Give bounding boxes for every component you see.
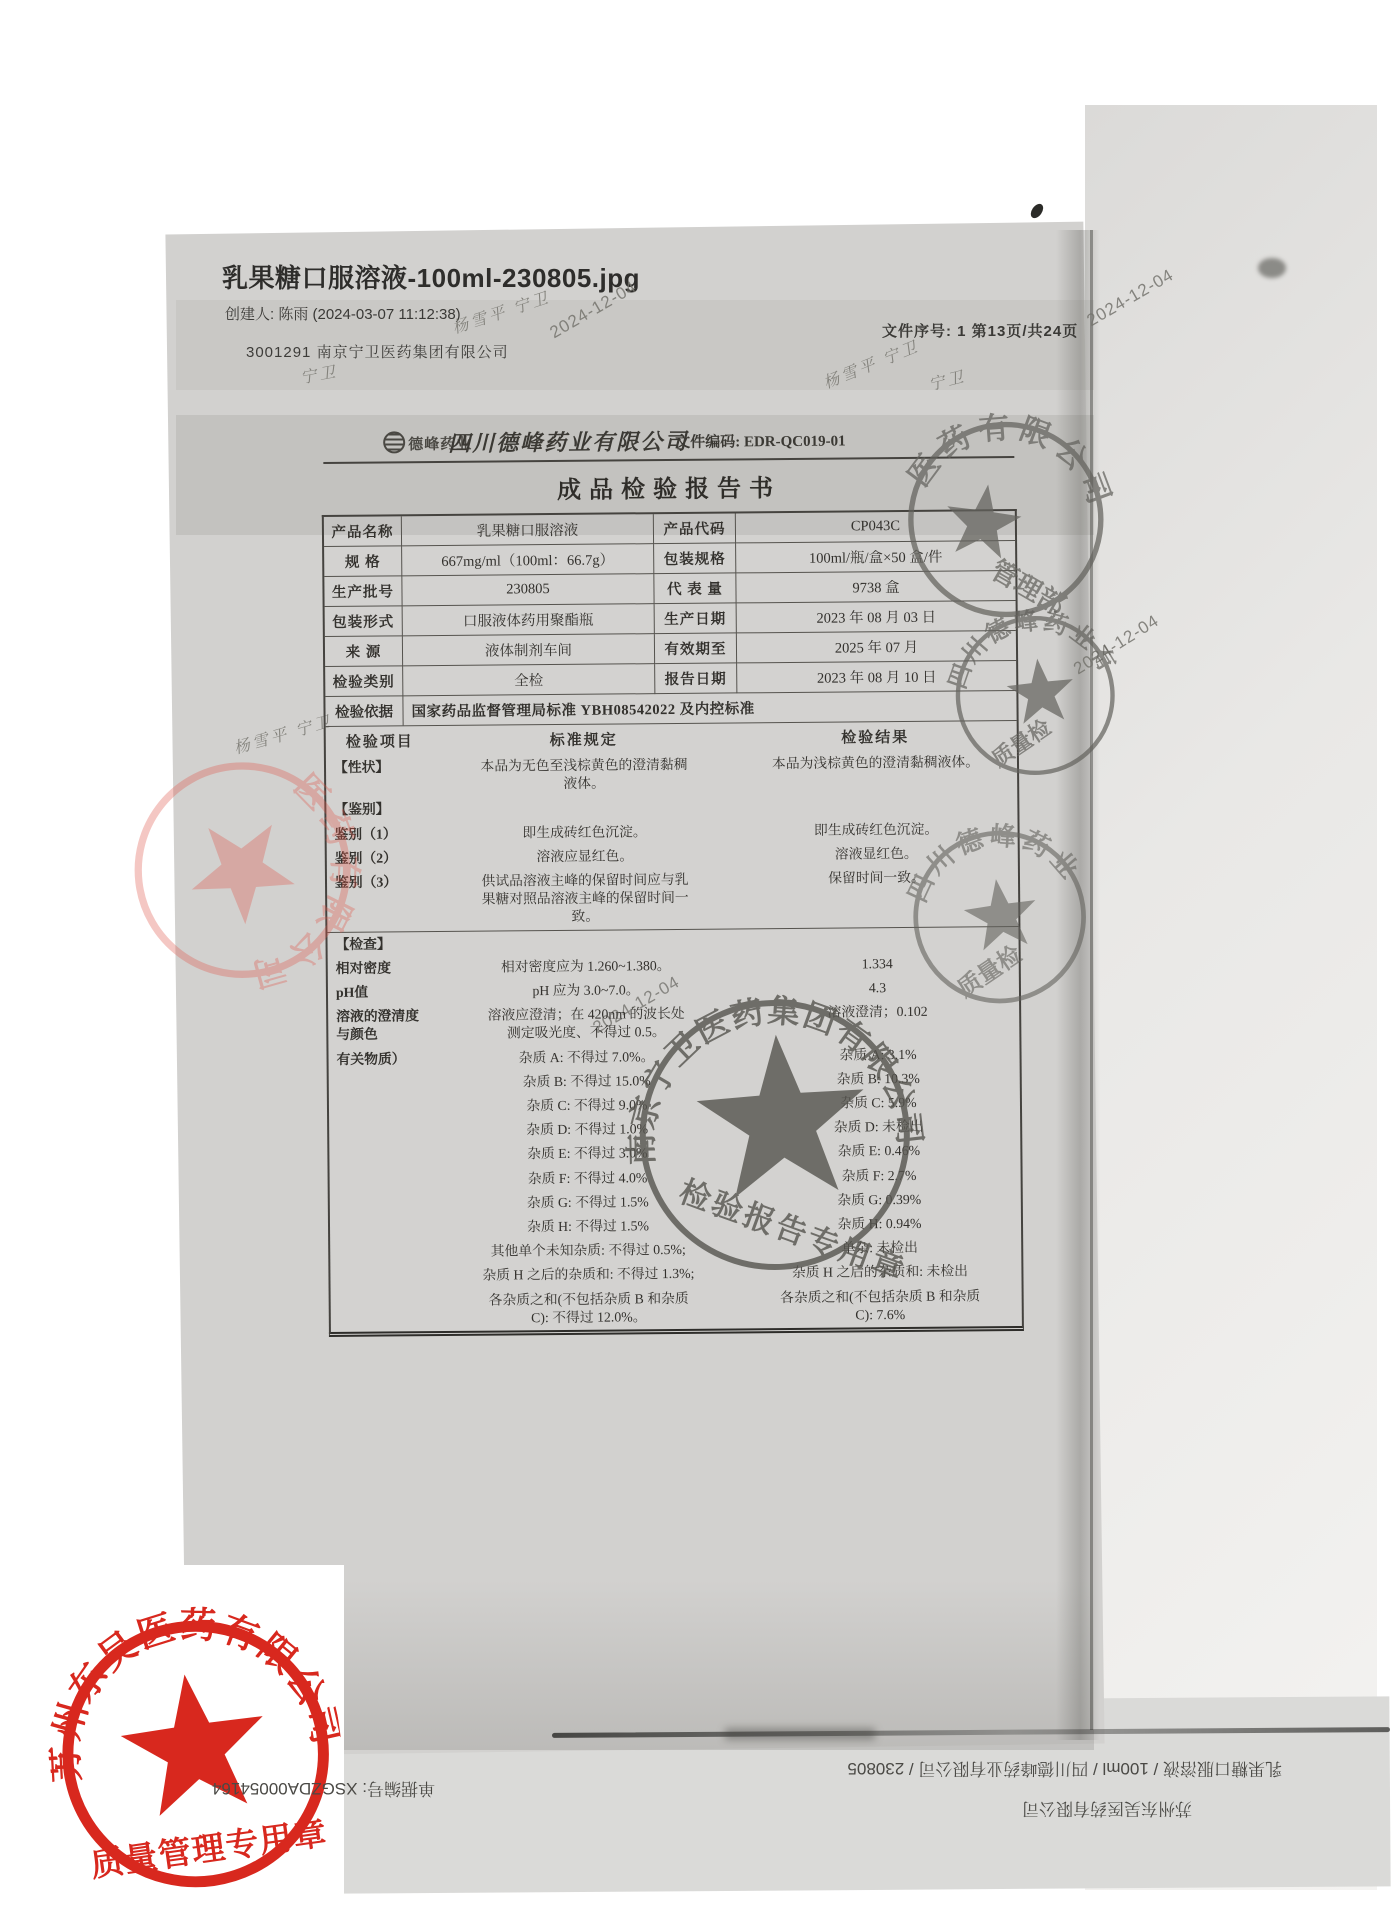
col-standard: 标准规定 (434, 727, 734, 751)
report-row: 各杂质之和(不包括杂质 B 和杂质 C): 不得过 12.0%。各杂质之和(不包… (331, 1284, 1022, 1332)
standard-cell: 杂质 D: 不得过 1.0% (437, 1117, 737, 1144)
info-label: 包装形式 (325, 606, 403, 637)
item-cell: 溶液的澄清度 与颜色 (328, 1004, 436, 1047)
result-cell: 即生成砖红色沉淀。 (734, 817, 1017, 844)
result-cell: 4.3 (736, 975, 1019, 1002)
report-table: 产品名称乳果糖口服溶液产品代码CP043C规 格667mg/ml（100ml：6… (322, 509, 1024, 1337)
standard-cell: 杂质 F: 不得过 4.0% (438, 1165, 738, 1192)
standard-cell: pH 应为 3.0~7.0。 (436, 977, 736, 1004)
result-cell: 杂质 E: 0.46% (737, 1138, 1020, 1165)
info-value: 口服液体药用聚酯瓶 (403, 604, 655, 636)
result-cell: 各杂质之和(不包括杂质 B 和杂质 C): 7.6% (739, 1284, 1022, 1329)
basis-value: 国家药品监督管理局标准 YBH08542022 及内控标准 (403, 691, 1016, 725)
item-cell (330, 1168, 438, 1193)
col-result: 检验结果 (734, 725, 1017, 748)
bottom-rotated-product-line: 乳果糖口服溶液 / 100ml / 四川德峰药业有限公司 / 230805 (592, 1758, 1282, 1783)
logo-icon (383, 431, 405, 453)
standard-cell (435, 929, 735, 956)
result-cell (735, 927, 1018, 954)
paper-fold-line (1090, 230, 1093, 1730)
item-cell: 鉴别（1） (326, 822, 434, 847)
info-label: 生产批号 (324, 576, 402, 607)
info-label: 规 格 (324, 546, 402, 577)
info-label: 生产日期 (655, 603, 737, 634)
standard-cell: 杂质 G: 不得过 1.5% (438, 1189, 738, 1216)
info-label: 报告日期 (655, 663, 737, 694)
standard-cell: 相对密度应为 1.260~1.380。 (436, 953, 736, 980)
company-name: 四川德峰药业有限公司 (448, 425, 688, 458)
info-value: 9738 盒 (736, 571, 1015, 603)
info-value: 2023 年 08 月 10 日 (737, 661, 1016, 693)
item-cell (330, 1240, 438, 1265)
inspection-report: 德峰药业 四川德峰药业有限公司 文件编码: EDR-QC019-01 成品检验报… (321, 422, 1024, 1337)
standard-cell: 各杂质之和(不包括杂质 B 和杂质 C): 不得过 12.0%。 (439, 1286, 739, 1331)
item-cell: 【性状】 (326, 755, 434, 798)
file-title: 乳果糖口服溶液-100ml-230805.jpg (222, 258, 640, 295)
item-cell (329, 1095, 437, 1120)
report-title: 成品检验报告书 (321, 466, 1016, 507)
item-cell: 【检查】 (327, 932, 435, 957)
result-cell: 杂质 G: 0.39% (738, 1187, 1021, 1214)
info-label: 包装规格 (654, 543, 736, 574)
scan-smudge (725, 1728, 875, 1740)
result-cell: 杂质 H: 0.94% (738, 1211, 1021, 1238)
standard-cell: 本品为无色至浅棕黄色的澄清黏稠 液体。 (434, 752, 734, 797)
item-cell (331, 1289, 439, 1332)
info-value: 2025 年 07 月 (737, 631, 1016, 663)
item-cell (330, 1216, 438, 1241)
info-value: 液体制剂车间 (403, 634, 655, 666)
info-label: 代 表 量 (654, 573, 736, 604)
standard-cell: 杂质 B: 不得过 15.0% (437, 1068, 737, 1095)
bottom-rotated-docno-line: 单据编号: XSGZDA00054164 (55, 1778, 435, 1803)
result-cell: 溶液澄清；0.102 (736, 999, 1019, 1044)
result-cell: 杂质 C: 5.9% (737, 1090, 1020, 1117)
result-cell: 保留时间一致。 (735, 865, 1019, 928)
info-label: 来 源 (325, 636, 403, 667)
standard-cell (434, 795, 734, 822)
report-row: 【性状】本品为无色至浅棕黄色的澄清黏稠 液体。本品为浅棕黄色的澄清黏稠液体。 (326, 750, 1017, 798)
info-value: 2023 年 08 月 03 日 (737, 601, 1016, 633)
paper-fold (1056, 230, 1100, 1740)
item-cell (329, 1071, 437, 1096)
standard-cell: 杂质 H 之后的杂质和: 不得过 1.3%; (438, 1262, 738, 1289)
item-cell: 鉴别（2） (327, 846, 435, 871)
bottom-rotated-company-line: 苏州东吴医药有限公司 (882, 1798, 1192, 1823)
result-cell: 杂质 F: 2.7% (737, 1163, 1020, 1190)
standard-cell: 杂质 H: 不得过 1.5% (438, 1214, 738, 1241)
item-cell: 相对密度 (328, 956, 436, 981)
col-item: 检验项目 (326, 730, 434, 752)
item-cell: 有关物质） (328, 1047, 436, 1072)
item-cell (329, 1119, 437, 1144)
scan-right-region (1085, 105, 1377, 1890)
item-cell (330, 1265, 438, 1290)
doc-code: 文件编码: EDR-QC019-01 (675, 429, 846, 451)
info-label: 有效期至 (655, 633, 737, 664)
basis-label: 检验依据 (325, 696, 403, 726)
info-value: CP043C (736, 511, 1015, 543)
item-cell (330, 1192, 438, 1217)
item-cell: pH值 (328, 980, 436, 1005)
standard-cell: 供试品溶液主峰的保留时间应与乳 果糖对照品溶液主峰的保留时间一 致。 (435, 867, 736, 930)
result-cell: 1.334 (736, 951, 1019, 978)
standard-cell: 其他单个未知杂质: 不得过 0.5%; (438, 1238, 738, 1265)
result-cell: 杂质 B: 10.3% (737, 1066, 1020, 1093)
info-label: 产品名称 (324, 516, 402, 547)
standard-cell: 溶液应澄清；在 420nm 的波长处 测定吸光度、不得过 0.5。 (436, 1002, 736, 1047)
scanned-report-page: { "meta": { "file_title": "乳果糖口服溶液-100ml… (0, 0, 1396, 1920)
info-label: 产品代码 (654, 513, 736, 544)
result-cell: 杂质 H 之后的杂质和: 未检出 (738, 1259, 1021, 1286)
report-row: 溶液的澄清度 与颜色溶液应澄清；在 420nm 的波长处 测定吸光度、不得过 0… (328, 999, 1019, 1047)
info-label: 检验类别 (325, 666, 403, 697)
page-corner (0, 1565, 344, 1920)
report-header: 德峰药业 四川德峰药业有限公司 文件编码: EDR-QC019-01 (323, 422, 1014, 464)
item-cell (329, 1144, 437, 1169)
items-rows: 【性状】本品为无色至浅棕黄色的澄清黏稠 液体。本品为浅棕黄色的澄清黏稠液体。【鉴… (326, 750, 1022, 1332)
org-line: 3001291 南京宁卫医药集团有限公司 (246, 341, 509, 362)
standard-cell: 杂质 A: 不得过 7.0%。 (436, 1044, 736, 1071)
ink-blot (1028, 202, 1045, 221)
ink-blot (1258, 258, 1286, 278)
info-value: 230805 (402, 574, 654, 606)
result-cell (734, 792, 1017, 819)
result-cell: 单杂: 未检出 (738, 1235, 1021, 1262)
standard-cell: 杂质 C: 不得过 9.0% (437, 1092, 737, 1119)
info-value: 667mg/ml（100ml：66.7g） (402, 544, 654, 576)
result-cell: 杂质 A: 3.1% (736, 1042, 1019, 1069)
result-cell: 溶液显红色。 (735, 841, 1018, 868)
creator-line: 创建人: 陈雨 (2024-03-07 11:12:38) (225, 303, 461, 324)
standard-cell: 即生成砖红色沉淀。 (434, 819, 734, 846)
info-value: 100ml/瓶/盒×50 盒/件 (736, 541, 1015, 573)
result-cell: 本品为浅棕黄色的澄清黏稠液体。 (734, 750, 1017, 795)
item-cell: 鉴别（3） (327, 870, 436, 932)
standard-cell: 溶液应显红色。 (435, 843, 735, 870)
info-value: 全检 (403, 664, 655, 696)
result-cell: 杂质 D: 未检出 (737, 1114, 1020, 1141)
info-value: 乳果糖口服溶液 (402, 514, 654, 546)
item-cell: 【鉴别】 (326, 797, 434, 822)
standard-cell: 杂质 E: 不得过 3.0% (437, 1141, 737, 1168)
report-row: 鉴别（3）供试品溶液主峰的保留时间应与乳 果糖对照品溶液主峰的保留时间一 致。保… (327, 865, 1019, 933)
product-info-table: 产品名称乳果糖口服溶液产品代码CP043C规 格667mg/ml（100ml：6… (324, 511, 1017, 697)
